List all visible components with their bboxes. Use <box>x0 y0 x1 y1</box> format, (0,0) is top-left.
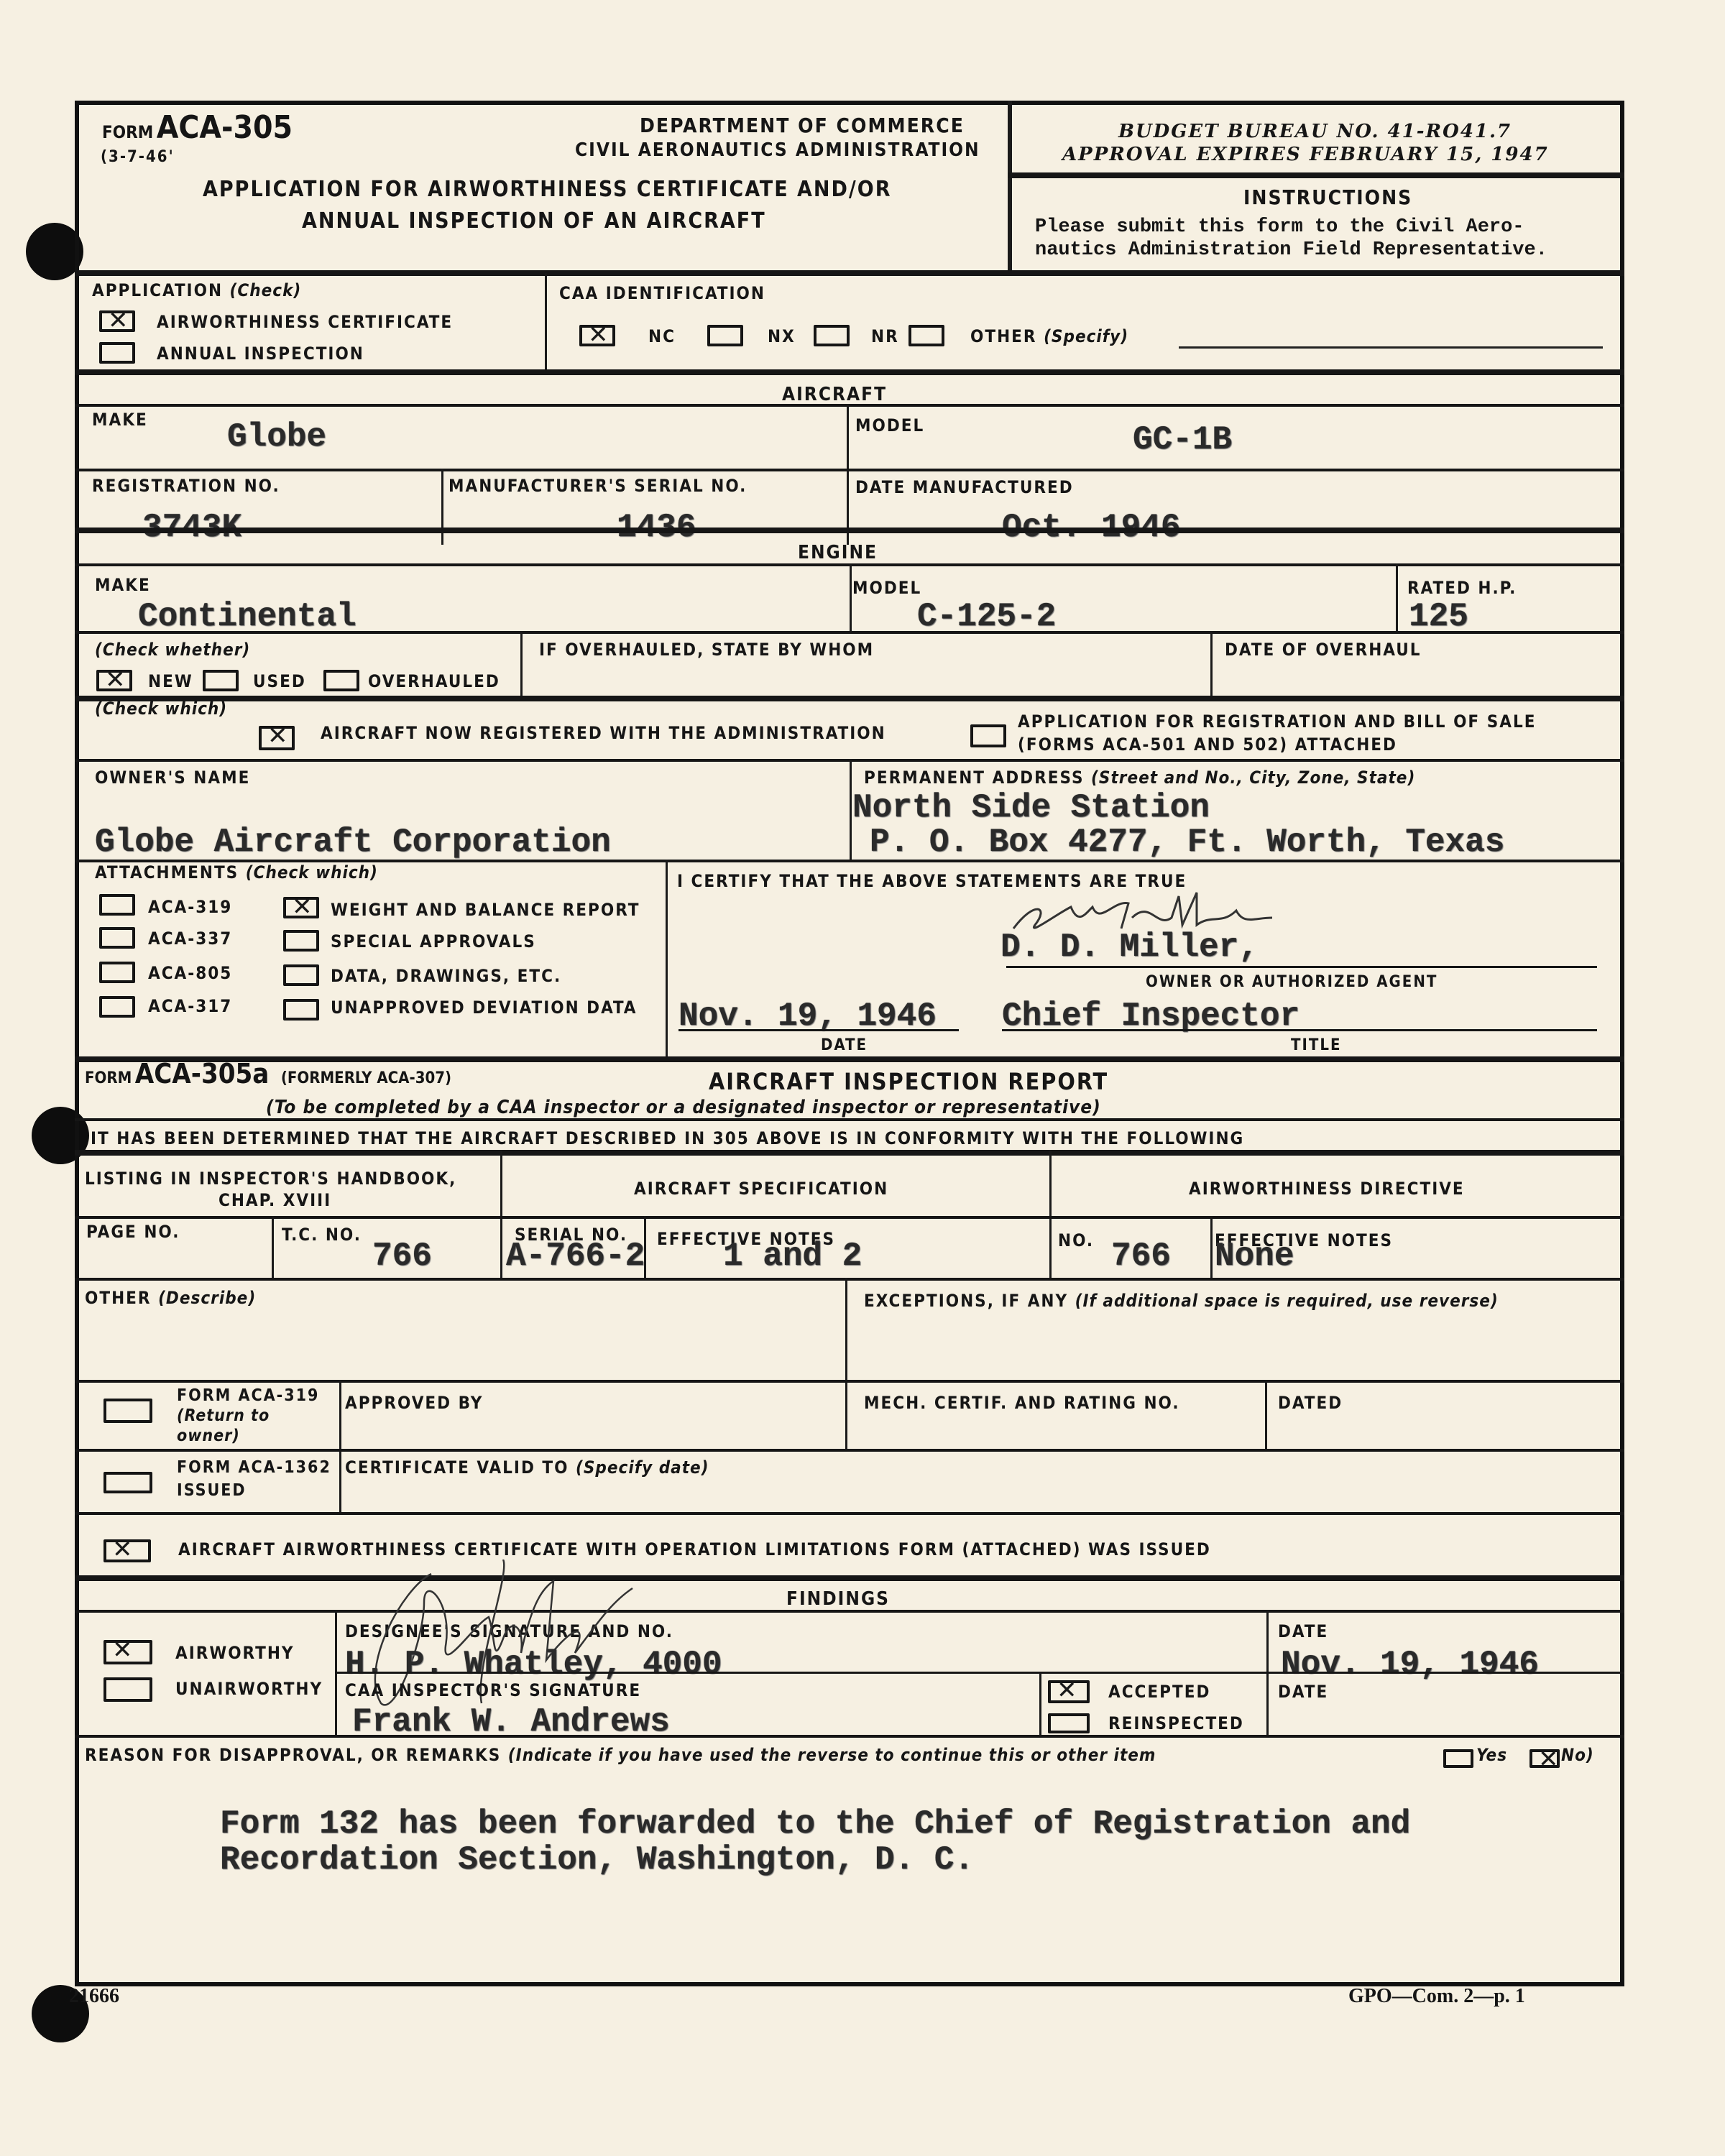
certificate-issued-label: AIRCRAFT AIRWORTHINESS CERTIFICATE WITH … <box>178 1539 1211 1560</box>
application-label: APPLICATION (Check) <box>92 280 301 300</box>
page-no-label: PAGE NO. <box>86 1222 180 1242</box>
divider <box>1396 563 1398 632</box>
inspection-report-subtitle: (To be completed by a CAA inspector or a… <box>266 1097 1101 1118</box>
dated-label: DATED <box>1278 1393 1343 1413</box>
application-airworthiness-label: AIRWORTHINESS CERTIFICATE <box>157 312 453 332</box>
caa-nx-label: NX <box>768 326 796 346</box>
date-line <box>678 1029 959 1031</box>
form-title-line1: APPLICATION FOR AIRWORTHINESS CERTIFICAT… <box>203 177 892 202</box>
tc-no-label: T.C. NO. <box>282 1225 362 1245</box>
engine-overhauled-label: OVERHAULED <box>368 671 500 691</box>
inspector-date-label: DATE <box>1278 1682 1328 1702</box>
accepted-label: ACCEPTED <box>1108 1682 1210 1702</box>
form-number-block: FORM ACA-305 <box>102 109 293 146</box>
unairworthy-label: UNAIRWORTHY <box>175 1679 323 1699</box>
attachment-unapproved-deviation-label: UNAPPROVED DEVIATION DATA <box>331 998 638 1018</box>
aircraft-model-value[interactable]: GC-1B <box>1133 421 1232 459</box>
engine-make-label: MAKE <box>95 575 151 595</box>
attachment-aca337-checkbox[interactable] <box>99 927 135 949</box>
certificate-issued-checkbox[interactable] <box>103 1539 151 1562</box>
divider <box>75 1575 1624 1581</box>
caa-other-checkbox[interactable] <box>908 325 944 346</box>
divider <box>75 1216 1624 1219</box>
remarks-label: REASON FOR DISAPPROVAL, OR REMARKS (Indi… <box>85 1745 1156 1765</box>
rated-hp-value[interactable]: 125 <box>1409 598 1468 635</box>
attachment-aca805-label: ACA-805 <box>148 963 232 983</box>
attachment-special-approvals-label: SPECIAL APPROVALS <box>331 931 536 952</box>
caa-nr-label: NR <box>871 326 899 346</box>
divider <box>75 696 1624 701</box>
mech-cert-label: MECH. CERTIF. AND RATING NO. <box>864 1393 1180 1413</box>
divider <box>666 860 668 1059</box>
designee-value: H. P. Whatley, 4000 <box>345 1646 722 1683</box>
application-attached-checkbox[interactable] <box>970 724 1006 747</box>
divider <box>75 1278 1624 1281</box>
footer-form-code: 21666 <box>69 1985 119 2008</box>
form-aca319-label: FORM ACA-319 (Return to owner) <box>177 1386 319 1446</box>
conformity-statement: IT HAS BEEN DETERMINED THAT THE AIRCRAFT… <box>91 1128 1244 1148</box>
instructions-title: INSTRUCTIONS <box>1243 185 1412 209</box>
divider <box>335 1672 1624 1674</box>
application-attached-label-1: APPLICATION FOR REGISTRATION AND BILL OF… <box>1018 711 1536 732</box>
address-line2[interactable]: P. O. Box 4277, Ft. Worth, Texas <box>870 824 1504 861</box>
form-prefix: FORM <box>102 122 153 142</box>
divider <box>339 1380 341 1515</box>
engine-new-checkbox[interactable] <box>96 670 132 691</box>
overhaul-date-field[interactable] <box>1225 663 1613 694</box>
remarks-text-line2[interactable]: Recordation Section, Washington, D. C. <box>220 1841 974 1879</box>
administration: CIVIL AERONAUTICS ADMINISTRATION <box>575 139 980 161</box>
page-no-field[interactable] <box>86 1243 266 1275</box>
attachment-aca805-checkbox[interactable] <box>99 962 135 983</box>
divider <box>1210 1216 1213 1279</box>
engine-used-checkbox[interactable] <box>203 670 239 691</box>
tc-no-value[interactable]: 766 <box>372 1238 432 1275</box>
attachments-label: ATTACHMENTS (Check which) <box>95 862 378 883</box>
divider <box>520 631 523 699</box>
divider <box>75 369 1624 375</box>
divider <box>75 1449 1624 1452</box>
engine-overhauled-checkbox[interactable] <box>323 670 359 691</box>
attachment-unapproved-deviation-checkbox[interactable] <box>283 999 319 1021</box>
divider <box>75 1512 1624 1515</box>
accepted-checkbox[interactable] <box>1048 1680 1090 1703</box>
inspector-date-field[interactable] <box>1278 1702 1609 1731</box>
department: DEPARTMENT OF COMMERCE <box>640 114 965 137</box>
aircraft-make-label: MAKE <box>92 410 148 430</box>
approval-expires: APPROVAL EXPIRES FEBRUARY 15, 1947 <box>1062 144 1549 165</box>
spec-serial-value[interactable]: A-766-2 <box>506 1238 645 1275</box>
aircraft-specification-label: AIRCRAFT SPECIFICATION <box>634 1179 888 1199</box>
rated-hp-label: RATED H.P. <box>1407 578 1517 598</box>
divider <box>75 631 1624 634</box>
caa-identification-label: CAA IDENTIFICATION <box>559 283 765 303</box>
airworthiness-directive-label: AIRWORTHINESS DIRECTIVE <box>1189 1179 1465 1199</box>
divider <box>75 1118 1624 1121</box>
divider <box>1265 1380 1267 1450</box>
title-line <box>1002 1029 1597 1031</box>
signer-role-label: OWNER OR AUTHORIZED AGENT <box>1146 973 1437 991</box>
title-caption: TITLE <box>1291 1036 1342 1054</box>
inspector-label: CAA INSPECTOR'S SIGNATURE <box>345 1680 641 1700</box>
airworthy-label: AIRWORTHY <box>175 1643 295 1663</box>
signature-line <box>1006 966 1597 968</box>
footer-print-code: GPO—Com. 2—p. 1 <box>1348 1985 1525 2008</box>
remarks-text-line1[interactable]: Form 132 has been forwarded to the Chief… <box>220 1805 1410 1843</box>
ad-notes-value[interactable]: None <box>1215 1238 1294 1275</box>
engine-section-title: ENGINE <box>798 542 878 563</box>
divider <box>1039 1673 1041 1736</box>
form-aca319-checkbox[interactable] <box>103 1399 152 1423</box>
registration-label: REGISTRATION NO. <box>92 476 280 496</box>
spec-notes-value[interactable]: 1 and 2 <box>723 1238 862 1275</box>
listing-label-1: LISTING IN INSPECTOR'S HANDBOOK, <box>85 1169 456 1189</box>
date-manufactured-label: DATE MANUFACTURED <box>855 477 1074 497</box>
attachment-aca337-label: ACA-337 <box>148 929 232 949</box>
remarks-yes-checkbox[interactable] <box>1443 1749 1473 1768</box>
attachment-weight-balance-checkbox[interactable] <box>283 897 319 918</box>
caa-nx-checkbox[interactable] <box>707 325 743 346</box>
unairworthy-checkbox[interactable] <box>103 1677 152 1702</box>
divider <box>75 270 1624 276</box>
aircraft-section-title: AIRCRAFT <box>782 384 887 405</box>
application-annual-checkbox[interactable] <box>99 342 135 364</box>
reinspected-label: REINSPECTED <box>1108 1713 1244 1733</box>
engine-new-label: NEW <box>148 671 193 691</box>
airworthy-checkbox[interactable] <box>103 1640 152 1664</box>
application-airworthiness-checkbox[interactable] <box>99 310 135 332</box>
ad-no-value[interactable]: 766 <box>1111 1238 1171 1275</box>
form-title-line2: ANNUAL INSPECTION OF AN AIRCRAFT <box>302 208 766 234</box>
remarks-no-checkbox[interactable] <box>1529 1749 1560 1768</box>
divider <box>847 404 849 545</box>
overhauled-by-field[interactable] <box>539 663 1200 694</box>
attachment-aca319-checkbox[interactable] <box>99 894 135 916</box>
engine-make-value[interactable]: Continental <box>138 598 356 635</box>
divider <box>75 1735 1624 1738</box>
designee-date-value[interactable]: Nov. 19, 1946 <box>1281 1646 1539 1683</box>
divider <box>75 469 1624 471</box>
overhauled-by-label: IF OVERHAULED, STATE BY WHOM <box>539 640 874 660</box>
attachment-aca319-label: ACA-319 <box>148 897 232 917</box>
valid-to-label: CERTIFICATE VALID TO (Specify date) <box>345 1457 709 1478</box>
form-date: (3-7-46' <box>101 148 175 166</box>
designee-date-label: DATE <box>1278 1621 1328 1641</box>
instructions-text: Please submit this form to the Civil Aer… <box>1035 216 1547 262</box>
divider <box>850 563 852 632</box>
reinspected-checkbox[interactable] <box>1048 1713 1090 1733</box>
address-line1[interactable]: North Side Station <box>852 789 1210 826</box>
caa-nc-label: NC <box>648 326 676 346</box>
budget-bureau-number: BUDGET BUREAU NO. 41-RO41.7 <box>1118 121 1512 142</box>
caa-other-label: OTHER (Specify) <box>970 326 1128 346</box>
attachment-aca317-label: ACA-317 <box>148 996 232 1016</box>
divider <box>1008 172 1624 178</box>
engine-used-label: USED <box>253 671 306 691</box>
inspection-form-number-block: FORM ACA-305a (FORMERLY ACA-307) <box>85 1058 451 1089</box>
divider <box>272 1216 274 1279</box>
owner-name-value[interactable]: Globe Aircraft Corporation <box>95 824 611 861</box>
exceptions-label: EXCEPTIONS, IF ANY (If additional space … <box>864 1289 1597 1312</box>
now-registered-label: AIRCRAFT NOW REGISTERED WITH THE ADMINIS… <box>321 723 886 743</box>
engine-model-label: MODEL <box>852 578 921 598</box>
other-label: OTHER (Describe) <box>85 1288 256 1308</box>
now-registered-checkbox[interactable] <box>259 726 295 750</box>
overhaul-date-label: DATE OF OVERHAUL <box>1225 640 1422 660</box>
attachment-data-drawings-label: DATA, DRAWINGS, ETC. <box>331 966 561 986</box>
caa-nc-checkbox[interactable] <box>579 325 615 346</box>
attachment-special-approvals-checkbox[interactable] <box>283 930 319 952</box>
divider <box>75 528 1624 533</box>
date-caption: DATE <box>821 1036 868 1054</box>
attachment-weight-balance-label: WEIGHT AND BALANCE REPORT <box>331 900 640 920</box>
divider <box>75 1610 1624 1613</box>
findings-section-title: FINDINGS <box>786 1588 890 1610</box>
signer-name: D. D. Miller, <box>1000 929 1259 966</box>
form-number: ACA-305 <box>157 109 293 146</box>
divider <box>545 273 547 372</box>
form-aca1362-label: FORM ACA-1362 ISSUED <box>177 1456 331 1502</box>
approved-by-label: APPROVED BY <box>345 1393 483 1413</box>
divider <box>644 1216 646 1279</box>
serial-label: MANUFACTURER'S SERIAL NO. <box>448 476 747 496</box>
divider <box>1210 631 1213 699</box>
inspection-report-title: AIRCRAFT INSPECTION REPORT <box>709 1068 1108 1095</box>
registration-status-label: (Check which) <box>95 699 227 719</box>
attachment-aca317-checkbox[interactable] <box>99 996 135 1018</box>
remarks-yes-label: Yes <box>1476 1745 1507 1765</box>
application-attached-label-2: (FORMS ACA-501 AND 502) ATTACHED <box>1018 734 1397 755</box>
attachment-data-drawings-checkbox[interactable] <box>283 964 319 986</box>
divider <box>75 404 1624 407</box>
listing-label-2: CHAP. XVIII <box>218 1190 331 1210</box>
divider <box>75 1150 1624 1156</box>
divider <box>500 1150 502 1279</box>
address-label: PERMANENT ADDRESS (Street and No., City,… <box>864 768 1415 788</box>
engine-condition-label: (Check whether) <box>95 640 250 660</box>
aircraft-make-value[interactable]: Globe <box>227 418 326 456</box>
application-annual-label: ANNUAL INSPECTION <box>157 344 364 364</box>
caa-nr-checkbox[interactable] <box>814 325 850 346</box>
ad-no-label: NO. <box>1058 1230 1094 1250</box>
divider <box>1008 101 1012 273</box>
divider <box>75 1380 1624 1383</box>
divider <box>845 1278 847 1450</box>
divider <box>850 759 852 861</box>
engine-model-value[interactable]: C-125-2 <box>917 598 1056 635</box>
divider <box>1049 1150 1052 1279</box>
owner-name-label: OWNER'S NAME <box>95 768 250 788</box>
form-aca1362-checkbox[interactable] <box>103 1472 152 1493</box>
divider <box>441 469 443 545</box>
remarks-no-label: No) <box>1561 1745 1594 1765</box>
caa-other-field[interactable] <box>1179 328 1603 349</box>
aircraft-model-label: MODEL <box>855 415 924 436</box>
